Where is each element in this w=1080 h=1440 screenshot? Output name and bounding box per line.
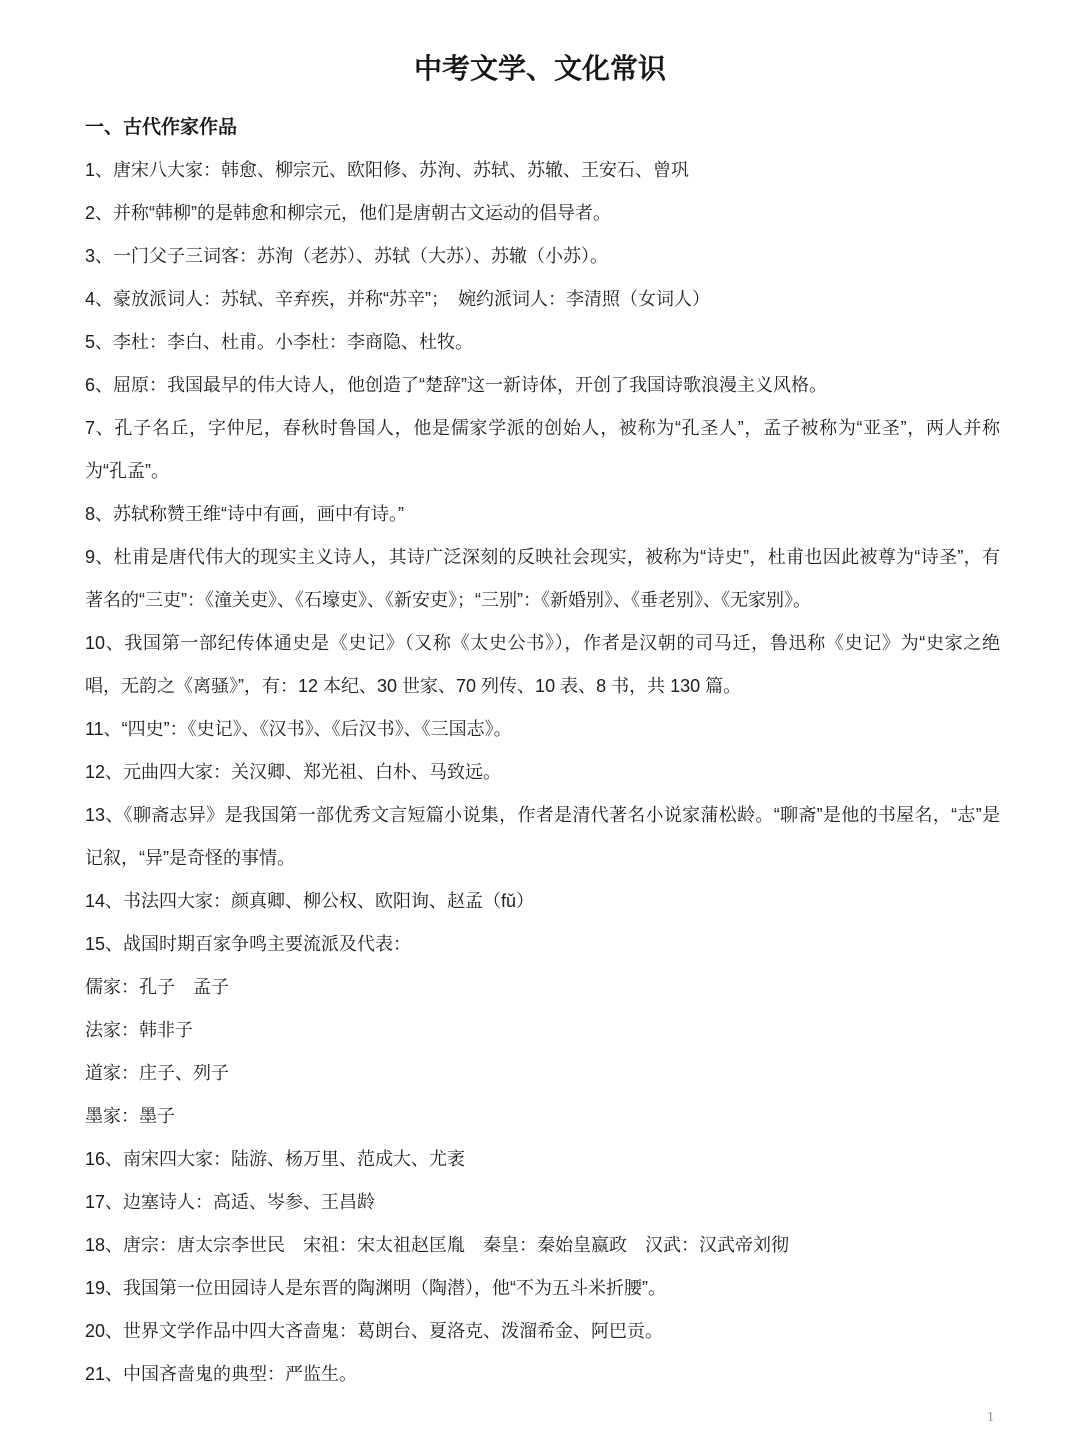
list-item: 9、杜甫是唐代伟大的现实主义诗人，其诗广泛深刻的反映社会现实，被称为“诗史”，杜… — [85, 536, 1000, 622]
list-item: 1、唐宋八大家：韩愈、柳宗元、欧阳修、苏洵、苏轼、苏辙、王安石、曾巩 — [85, 149, 1000, 192]
list-item: 5、李杜：李白、杜甫。小李杜：李商隐、杜牧。 — [85, 321, 1000, 364]
list-item: 3、一门父子三词客：苏洵（老苏）、苏轼（大苏）、苏辙（小苏）。 — [85, 235, 1000, 278]
list-item: 18、唐宗：唐太宗李世民 宋祖：宋太祖赵匡胤 秦皇：秦始皇嬴政 汉武：汉武帝刘彻 — [85, 1224, 1000, 1267]
document-title: 中考文学、文化常识 — [0, 0, 1080, 86]
list-item: 12、元曲四大家：关汉卿、郑光祖、白朴、马致远。 — [85, 751, 1000, 794]
list-item: 2、并称“韩柳”的是韩愈和柳宗元，他们是唐朝古文运动的倡导者。 — [85, 192, 1000, 235]
list-item: 16、南宋四大家：陆游、杨万里、范成大、尤袤 — [85, 1138, 1000, 1181]
document-body: 一、古代作家作品 1、唐宋八大家：韩愈、柳宗元、欧阳修、苏洵、苏轼、苏辙、王安石… — [85, 106, 1000, 1396]
list-item: 8、苏轼称赞王维“诗中有画，画中有诗。” — [85, 493, 1000, 536]
section-heading: 一、古代作家作品 — [85, 106, 1000, 149]
list-item: 14、书法四大家：颜真卿、柳公权、欧阳询、赵孟（fǔ） — [85, 880, 1000, 923]
list-item: 墨家：墨子 — [85, 1095, 1000, 1138]
page-number: 1 — [987, 1410, 994, 1426]
list-item: 20、世界文学作品中四大吝啬鬼：葛朗台、夏洛克、泼溜希金、阿巴贡。 — [85, 1310, 1000, 1353]
list-item: 7、孔子名丘，字仲尼，春秋时鲁国人，他是儒家学派的创始人，被称为“孔圣人”，孟子… — [85, 407, 1000, 493]
list-item: 儒家：孔子 孟子 — [85, 966, 1000, 1009]
list-item: 19、我国第一位田园诗人是东晋的陶渊明（陶潜），他“不为五斗米折腰”。 — [85, 1267, 1000, 1310]
list-item: 法家：韩非子 — [85, 1009, 1000, 1052]
list-item: 10、我国第一部纪传体通史是《史记》（又称《太史公书》），作者是汉朝的司马迁，鲁… — [85, 622, 1000, 708]
list-item: 11、“四史”：《史记》、《汉书》、《后汉书》、《三国志》。 — [85, 708, 1000, 751]
list-item: 道家：庄子、列子 — [85, 1052, 1000, 1095]
list-item: 4、豪放派词人：苏轼、辛弃疾，并称“苏辛”； 婉约派词人：李清照（女词人） — [85, 278, 1000, 321]
document-page: 中考文学、文化常识 一、古代作家作品 1、唐宋八大家：韩愈、柳宗元、欧阳修、苏洵… — [0, 0, 1080, 1440]
list-item: 21、中国吝啬鬼的典型：严监生。 — [85, 1353, 1000, 1396]
list-item: 6、屈原：我国最早的伟大诗人，他创造了“楚辞”这一新诗体，开创了我国诗歌浪漫主义… — [85, 364, 1000, 407]
list-item: 13、《聊斋志异》是我国第一部优秀文言短篇小说集，作者是清代著名小说家蒲松龄。“… — [85, 794, 1000, 880]
list-item: 15、战国时期百家争鸣主要流派及代表： — [85, 923, 1000, 966]
list-item: 17、边塞诗人：高适、岑参、王昌龄 — [85, 1181, 1000, 1224]
